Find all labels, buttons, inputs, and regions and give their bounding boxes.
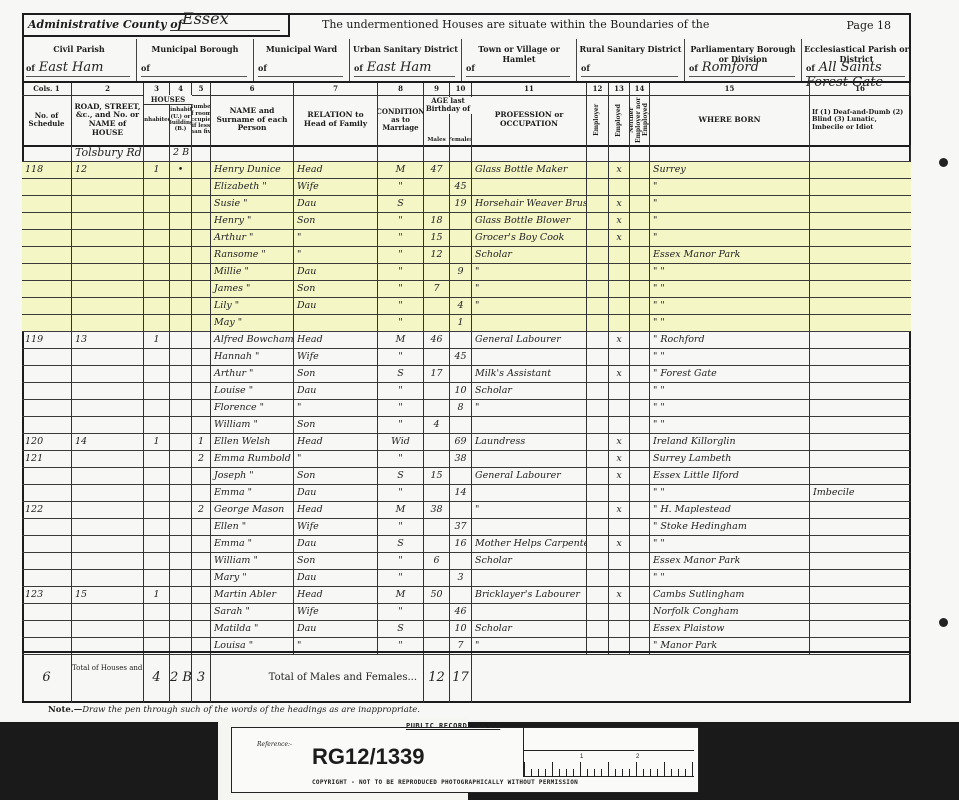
table-row: Susie "DauS19Horsehair Weaver Brushx" (22, 196, 911, 213)
cell-emp (587, 196, 609, 213)
cell-rel: Head (294, 587, 378, 604)
cell-cond: S (378, 196, 424, 213)
ruler-tick (657, 769, 658, 776)
totals-females: 17 (450, 653, 472, 703)
cell-occ: " (472, 298, 587, 315)
cell-emp (587, 383, 609, 400)
cell-name: Mary " (211, 570, 294, 587)
cell-empd (609, 145, 630, 162)
cell-m (424, 315, 450, 332)
table-row: 119131Alfred BowchamHeadM46General Labou… (22, 332, 911, 349)
cell-inh (144, 417, 170, 434)
table-row: 1222George MasonHeadM38"x" H. Maplestead (22, 502, 911, 519)
cell-empd (609, 264, 630, 281)
ruler-tick (664, 762, 665, 776)
cell-cond: " (378, 519, 424, 536)
cell-rel (294, 315, 378, 332)
cell-empd (609, 281, 630, 298)
cell-sched (22, 485, 72, 502)
cell-cond: M (378, 162, 424, 179)
cell-addr (72, 468, 144, 485)
cell-rooms (192, 281, 211, 298)
cell-rooms (192, 264, 211, 281)
cell-name: Louise " (211, 383, 294, 400)
cell-f: 45 (450, 349, 472, 366)
cell-addr: 15 (72, 587, 144, 604)
cell-name: May " (211, 315, 294, 332)
page-number: Page 18 (846, 19, 891, 32)
table-row: Emma "Dau"14" "Imbecile (22, 485, 911, 502)
cell-emp (587, 553, 609, 570)
cell-rooms (192, 383, 211, 400)
cell-f: 37 (450, 519, 472, 536)
cell-sched (22, 553, 72, 570)
cell-unin: 2 B (170, 145, 192, 162)
cell-m: 15 (424, 230, 450, 247)
cell-rooms (192, 604, 211, 621)
cell-sched (22, 621, 72, 638)
cell-name: Henry Dunice (211, 162, 294, 179)
column-headers: No. of ScheduleROAD, STREET, &c., and No… (22, 95, 911, 147)
cell-f: 1 (450, 315, 472, 332)
cell-inh (144, 349, 170, 366)
cell-name: Emma " (211, 536, 294, 553)
cell-sched: 118 (22, 162, 72, 179)
column-header-addr: ROAD, STREET, &c., and No. or NAME of HO… (72, 95, 144, 145)
cell-rooms (192, 553, 211, 570)
cell-sched (22, 400, 72, 417)
totals-males: 12 (424, 653, 450, 703)
cell-m: 47 (424, 162, 450, 179)
boundaries-text: The undermentioned Houses are situate wi… (322, 18, 709, 31)
cell-inh (144, 230, 170, 247)
cell-rel: Son (294, 281, 378, 298)
cell-unin (170, 213, 192, 230)
cell-rel: Dau (294, 570, 378, 587)
cell-rel: Wife (294, 349, 378, 366)
cell-unin (170, 604, 192, 621)
cell-inf (810, 281, 911, 298)
cell-unin (170, 366, 192, 383)
cell-empd (609, 298, 630, 315)
cell-name: Ellen Welsh (211, 434, 294, 451)
cell-addr (72, 281, 144, 298)
cell-rel: " (294, 451, 378, 468)
cell-emp (587, 281, 609, 298)
cell-unin (170, 298, 192, 315)
district-value-line: of (581, 60, 678, 77)
cell-cond: " (378, 179, 424, 196)
district-row: Civil ParishofEast HamMunicipal Borougho… (22, 39, 911, 83)
totals-uninhabited: 2 B (170, 653, 192, 703)
cell-nei (630, 213, 650, 230)
cell-occ: Bricklayer's Labourer (472, 587, 587, 604)
ruler-tick (545, 769, 546, 776)
cell-rel: Head (294, 502, 378, 519)
cell-inf (810, 264, 911, 281)
census-page: Administrative County of Essex The under… (0, 0, 959, 720)
cell-occ: " (472, 502, 587, 519)
cell-sched: 121 (22, 451, 72, 468)
cell-born: " " (650, 264, 810, 281)
note-lead: Note.— (48, 705, 82, 715)
cell-inf (810, 570, 911, 587)
cell-emp (587, 315, 609, 332)
cell-name: Elizabeth " (211, 179, 294, 196)
copyright-text: COPYRIGHT - NOT TO BE REPRODUCED PHOTOGR… (312, 779, 578, 786)
cell-sched (22, 281, 72, 298)
table-row: William "Son"6ScholarEssex Manor Park (22, 553, 911, 570)
cell-born: Surrey Lambeth (650, 451, 810, 468)
cell-nei (630, 621, 650, 638)
district-value-line: of (141, 60, 247, 77)
ruler-tick (566, 769, 567, 776)
column-number: 5 (192, 83, 211, 95)
reference-box: PUBLIC RECORD OFFICE Reference:- RG12/13… (231, 727, 699, 793)
cell-f (450, 417, 472, 434)
cell-emp (587, 451, 609, 468)
cell-empd (609, 621, 630, 638)
totals-blank (472, 653, 911, 703)
district-label: Urban Sanitary District (350, 44, 461, 54)
cell-inf (810, 621, 911, 638)
cell-unin (170, 281, 192, 298)
cell-name: Ransome " (211, 247, 294, 264)
cell-emp (587, 536, 609, 553)
cell-born: " " (650, 349, 810, 366)
cell-unin (170, 383, 192, 400)
cell-occ: Grocer's Boy Cook (472, 230, 587, 247)
column-header-empd: Employed (609, 95, 630, 145)
cell-rooms: 1 (192, 434, 211, 451)
cell-addr: 12 (72, 162, 144, 179)
cell-addr (72, 315, 144, 332)
cell-unin (170, 553, 192, 570)
cell-addr: Tolsbury Rd (72, 145, 144, 162)
totals-row: 6Total of Houses and of Tenements with l… (22, 651, 911, 703)
cell-m (424, 519, 450, 536)
cell-inh (144, 213, 170, 230)
cell-name: Emma " (211, 485, 294, 502)
column-header-inf: If (1) Deaf-and-Dumb (2) Blind (3) Lunat… (810, 95, 911, 145)
cell-cond (378, 145, 424, 162)
cell-cond: " (378, 230, 424, 247)
cell-inf (810, 247, 911, 264)
column-number: 7 (294, 83, 378, 95)
district-value-line: ofRomford (689, 60, 795, 77)
cell-rooms (192, 213, 211, 230)
cell-f: 45 (450, 179, 472, 196)
ruler-tick (678, 769, 679, 776)
cell-rooms (192, 621, 211, 638)
cell-inh (144, 281, 170, 298)
district-label: Rural Sanitary District (577, 44, 684, 54)
cell-nei (630, 434, 650, 451)
cell-inh (144, 621, 170, 638)
cell-emp (587, 230, 609, 247)
cell-rel: Wife (294, 519, 378, 536)
cell-sched (22, 264, 72, 281)
column-header-emp: Employer (587, 95, 609, 145)
ruler-tick (573, 769, 574, 776)
cell-nei (630, 332, 650, 349)
cell-sched (22, 468, 72, 485)
binding-hole (939, 158, 948, 167)
district-5: Rural Sanitary Districtof (577, 39, 685, 81)
cell-born: " Forest Gate (650, 366, 810, 383)
admin-county-value: Essex (182, 9, 229, 28)
cell-occ (472, 349, 587, 366)
ruler-tick (615, 769, 616, 776)
cell-emp (587, 434, 609, 451)
cell-inh (144, 604, 170, 621)
cell-inh: 1 (144, 332, 170, 349)
cell-born: " " (650, 400, 810, 417)
ruler-tick (524, 762, 525, 776)
district-value: East Ham (39, 60, 104, 75)
ruler-tick (636, 762, 637, 776)
cell-occ (472, 145, 587, 162)
cell-addr (72, 553, 144, 570)
column-number: 13 (609, 83, 630, 95)
column-number: 6 (211, 83, 294, 95)
cell-nei (630, 570, 650, 587)
cell-occ: Laundress (472, 434, 587, 451)
cell-inh (144, 553, 170, 570)
cell-rel: Son (294, 417, 378, 434)
cell-m (424, 570, 450, 587)
cell-inf (810, 162, 911, 179)
cell-name: Sarah " (211, 604, 294, 621)
cell-name: Florence " (211, 400, 294, 417)
cell-f: 10 (450, 383, 472, 400)
cell-born: " " (650, 570, 810, 587)
district-3: Urban Sanitary DistrictofEast Ham (350, 39, 462, 81)
cell-born: " (650, 179, 810, 196)
table-row: Arthur """15Grocer's Boy Cookx" (22, 230, 911, 247)
cell-f (450, 145, 472, 162)
cell-inh: 1 (144, 587, 170, 604)
cell-empd: x (609, 196, 630, 213)
cell-born: " Rochford (650, 332, 810, 349)
cell-born: " " (650, 417, 810, 434)
cell-occ (472, 519, 587, 536)
cell-occ: Scholar (472, 383, 587, 400)
cell-unin (170, 264, 192, 281)
cell-inf (810, 145, 911, 162)
district-7: Ecclesiastical Parish or DistrictofAll S… (802, 39, 911, 81)
cell-m: 15 (424, 468, 450, 485)
cell-occ (472, 604, 587, 621)
cell-rooms (192, 179, 211, 196)
cell-cond: Wid (378, 434, 424, 451)
cell-unin (170, 400, 192, 417)
reference-code: RG12/1339 (312, 744, 425, 770)
cell-inh (144, 145, 170, 162)
cell-cond: " (378, 264, 424, 281)
cell-unin (170, 247, 192, 264)
cell-nei (630, 366, 650, 383)
table-row: Emma "DauS16Mother Helps Carpenter Bootx… (22, 536, 911, 553)
cell-sched (22, 570, 72, 587)
cell-rel (294, 145, 378, 162)
cell-rooms (192, 417, 211, 434)
cell-f (450, 366, 472, 383)
cell-m: 17 (424, 366, 450, 383)
column-number: 2 (72, 83, 144, 95)
district-value-line: ofAll Saints Forest Gate (806, 60, 905, 77)
cell-rooms: 2 (192, 451, 211, 468)
cell-nei (630, 400, 650, 417)
age-group-label: AGE last Birthday of (424, 97, 472, 114)
cell-rooms (192, 587, 211, 604)
cell-f: 46 (450, 604, 472, 621)
cell-born: " (650, 213, 810, 230)
district-value-line: of (466, 60, 570, 77)
cell-inh (144, 383, 170, 400)
cell-addr: 14 (72, 434, 144, 451)
cell-f (450, 162, 472, 179)
cell-nei (630, 281, 650, 298)
cell-inh (144, 485, 170, 502)
cell-f (450, 230, 472, 247)
cell-addr (72, 570, 144, 587)
cell-occ (472, 485, 587, 502)
cell-addr (72, 383, 144, 400)
column-number: 15 (650, 83, 810, 95)
cell-inf (810, 230, 911, 247)
cell-inf (810, 519, 911, 536)
table-row: Mary "Dau"3" " (22, 570, 911, 587)
cell-born: " " (650, 281, 810, 298)
cell-nei (630, 468, 650, 485)
district-label: Civil Parish (22, 44, 136, 54)
cell-m: 38 (424, 502, 450, 519)
cell-sched (22, 145, 72, 162)
cell-rooms (192, 468, 211, 485)
cell-emp (587, 417, 609, 434)
cell-rel: " (294, 247, 378, 264)
column-header-cond: CONDITION as to Marriage (378, 95, 424, 145)
column-number: 16 (810, 83, 911, 95)
cell-nei (630, 604, 650, 621)
ruler-tick (622, 769, 623, 776)
cell-cond: M (378, 587, 424, 604)
cell-sched (22, 604, 72, 621)
cell-unin (170, 196, 192, 213)
cell-cond: M (378, 332, 424, 349)
reference-label: Reference:- (257, 741, 292, 748)
cell-rooms (192, 366, 211, 383)
cell-empd: x (609, 213, 630, 230)
cell-nei (630, 502, 650, 519)
cell-addr: 13 (72, 332, 144, 349)
cell-rel: Son (294, 213, 378, 230)
cell-inh (144, 247, 170, 264)
district-value-line: ofEast Ham (354, 60, 455, 77)
cell-f (450, 247, 472, 264)
cell-nei (630, 417, 650, 434)
cell-born: Surrey (650, 162, 810, 179)
admin-county-label: Administrative County of (28, 18, 182, 31)
cell-empd (609, 349, 630, 366)
totals-schedules: 6 (22, 653, 72, 703)
cell-f (450, 281, 472, 298)
cell-empd (609, 315, 630, 332)
cell-emp (587, 570, 609, 587)
cell-nei (630, 145, 650, 162)
cell-empd (609, 247, 630, 264)
cell-unin (170, 230, 192, 247)
cell-nei (630, 247, 650, 264)
table-row: Arthur "SonS17Milk's Assistantx" Forest … (22, 366, 911, 383)
ruler-divider (524, 750, 694, 751)
column-header-occ: PROFESSION or OCCUPATION (472, 95, 587, 145)
cell-addr (72, 179, 144, 196)
cell-cond: " (378, 553, 424, 570)
cell-emp (587, 264, 609, 281)
totals-rooms: 3 (192, 653, 211, 703)
ruler-tick (552, 762, 553, 776)
cell-empd (609, 383, 630, 400)
cell-empd (609, 417, 630, 434)
ruler-tick (538, 769, 539, 776)
cell-f: 10 (450, 621, 472, 638)
cell-m (424, 604, 450, 621)
ruler-tick (685, 769, 686, 776)
cell-inf (810, 315, 911, 332)
cell-inf (810, 553, 911, 570)
ruler-tick (629, 769, 630, 776)
ruler-tick (587, 769, 588, 776)
cell-cond: " (378, 281, 424, 298)
cell-empd: x (609, 451, 630, 468)
cell-rel: Dau (294, 264, 378, 281)
cell-name: Millie " (211, 264, 294, 281)
cell-born: " " (650, 485, 810, 502)
cell-unin (170, 315, 192, 332)
ruler-tick (608, 762, 609, 776)
cell-unin (170, 485, 192, 502)
cell-occ: " (472, 264, 587, 281)
cell-nei (630, 230, 650, 247)
cell-m (424, 485, 450, 502)
cell-addr (72, 621, 144, 638)
cell-born: " " (650, 536, 810, 553)
cell-emp (587, 587, 609, 604)
note-text: Draw the pen through such of the words o… (82, 705, 420, 715)
table-row: May ""1" " (22, 315, 911, 332)
cell-nei (630, 485, 650, 502)
cell-empd: x (609, 434, 630, 451)
cell-cond: " (378, 247, 424, 264)
cell-unin (170, 536, 192, 553)
cell-rel: Dau (294, 485, 378, 502)
table-row: Florence """8"" " (22, 400, 911, 417)
column-number: 4 (170, 83, 192, 95)
cell-inh (144, 179, 170, 196)
cell-inf (810, 349, 911, 366)
cell-name: Lily " (211, 298, 294, 315)
cell-f (450, 553, 472, 570)
cell-rooms (192, 400, 211, 417)
cell-empd (609, 553, 630, 570)
cell-emp (587, 485, 609, 502)
cell-m: 46 (424, 332, 450, 349)
cell-empd: x (609, 366, 630, 383)
cell-unin (170, 349, 192, 366)
table-row: 118121•Henry DuniceHeadM47Glass Bottle M… (22, 162, 911, 179)
